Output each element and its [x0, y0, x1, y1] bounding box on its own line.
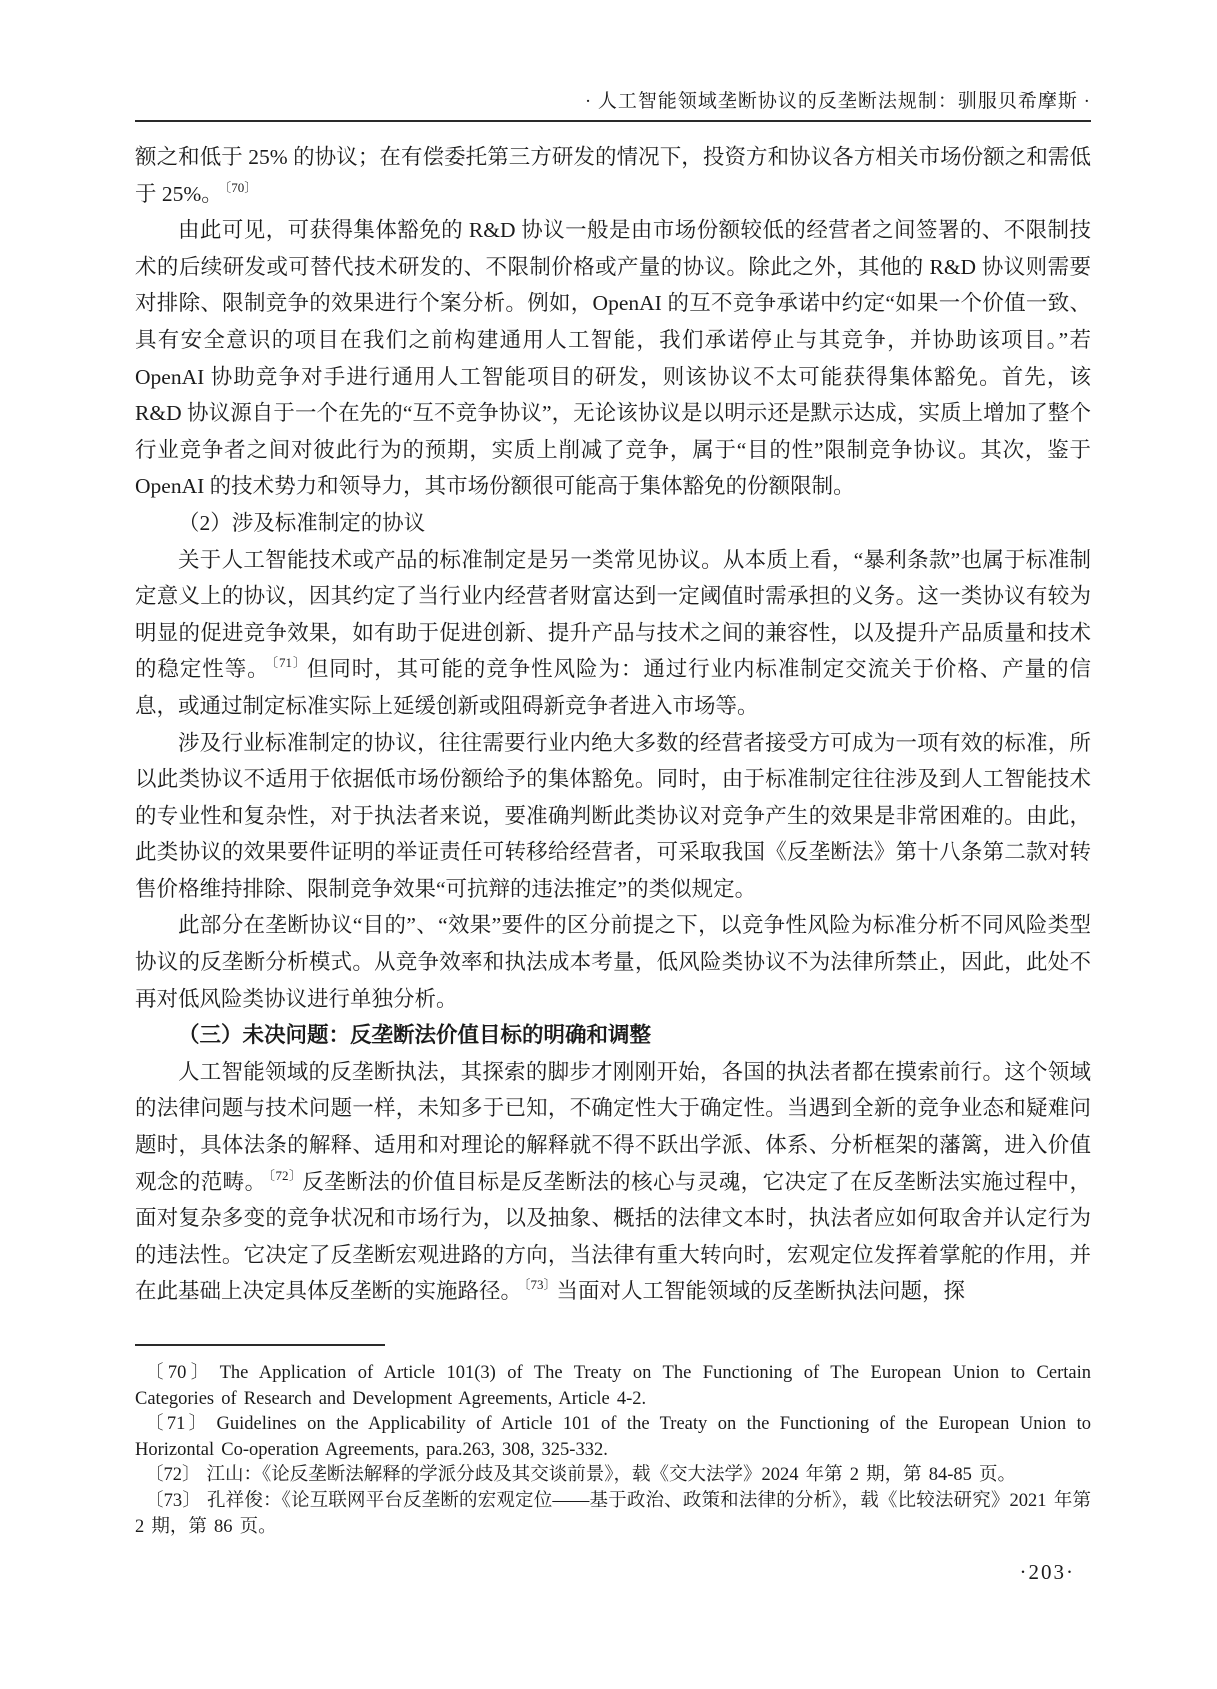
footnote-separator-rule — [135, 1344, 385, 1346]
footnote-ref: 〔71〕 — [270, 655, 307, 670]
paragraph: 关于人工智能技术或产品的标准制定是另一类常见协议。从本质上看，“暴利条款”也属于… — [135, 542, 1091, 725]
footnote-marker: 〔73〕 — [145, 1491, 207, 1511]
footnote-item: 〔73〕孔祥俊：《论互联网平台反垄断的宏观定位——基于政治、政策和法律的分析》，… — [135, 1489, 1091, 1540]
article: 额之和低于 25% 的协议；在有偿委托第三方研发的情况下，投资方和协议各方相关市… — [135, 139, 1091, 1310]
running-header: · 人工智能领域垄断协议的反垄断法规制：驯服贝希摩斯 · — [135, 86, 1091, 113]
footnote-ref: 〔70〕 — [223, 180, 258, 195]
footnote-item: 〔70〕The Application of Article 101(3) of… — [135, 1361, 1091, 1412]
footnote-list: 〔70〕The Application of Article 101(3) of… — [135, 1361, 1091, 1540]
footnote-marker: 〔71〕 — [145, 1414, 217, 1434]
section-heading: （三）未决问题：反垄断法价值目标的明确和调整 — [135, 1017, 1091, 1054]
footnote-ref: 〔72〕 — [267, 1168, 303, 1183]
document-page: · 人工智能领域垄断协议的反垄断法规制：驯服贝希摩斯 · 额之和低于 25% 的… — [0, 0, 1217, 1689]
paragraph: 由此可见，可获得集体豁免的 R&D 协议一般是由市场份额较低的经营者之间签署的、… — [135, 212, 1091, 505]
paragraph: 人工智能领域的反垄断执法，其探索的脚步才刚刚开始，各国的执法者都在摸索前行。这个… — [135, 1054, 1091, 1310]
footnote-item: 〔72〕江山：《论反垄断法解释的学派分歧及其交谈前景》，载《交大法学》2024 … — [135, 1463, 1091, 1489]
footnote-marker: 〔70〕 — [145, 1363, 220, 1383]
paragraph-continued: 额之和低于 25% 的协议；在有偿委托第三方研发的情况下，投资方和协议各方相关市… — [135, 139, 1091, 212]
paragraph: 涉及行业标准制定的协议，往往需要行业内绝大多数的经营者接受方可成为一项有效的标准… — [135, 725, 1091, 908]
page-number: ·203· — [1020, 1560, 1076, 1585]
footnote-ref: 〔73〕 — [522, 1277, 557, 1292]
paragraph: 此部分在垄断协议“目的”、“效果”要件的区分前提之下，以竞争性风险为标准分析不同… — [135, 907, 1091, 1017]
subsection-heading: （2）涉及标准制定的协议 — [135, 505, 1091, 542]
footnote-marker: 〔72〕 — [145, 1465, 207, 1485]
footnote-item: 〔71〕Guidelines on the Applicability of A… — [135, 1412, 1091, 1463]
footnote-block: 〔70〕The Application of Article 101(3) of… — [135, 1344, 1091, 1540]
header-rule-divider — [135, 120, 1091, 122]
